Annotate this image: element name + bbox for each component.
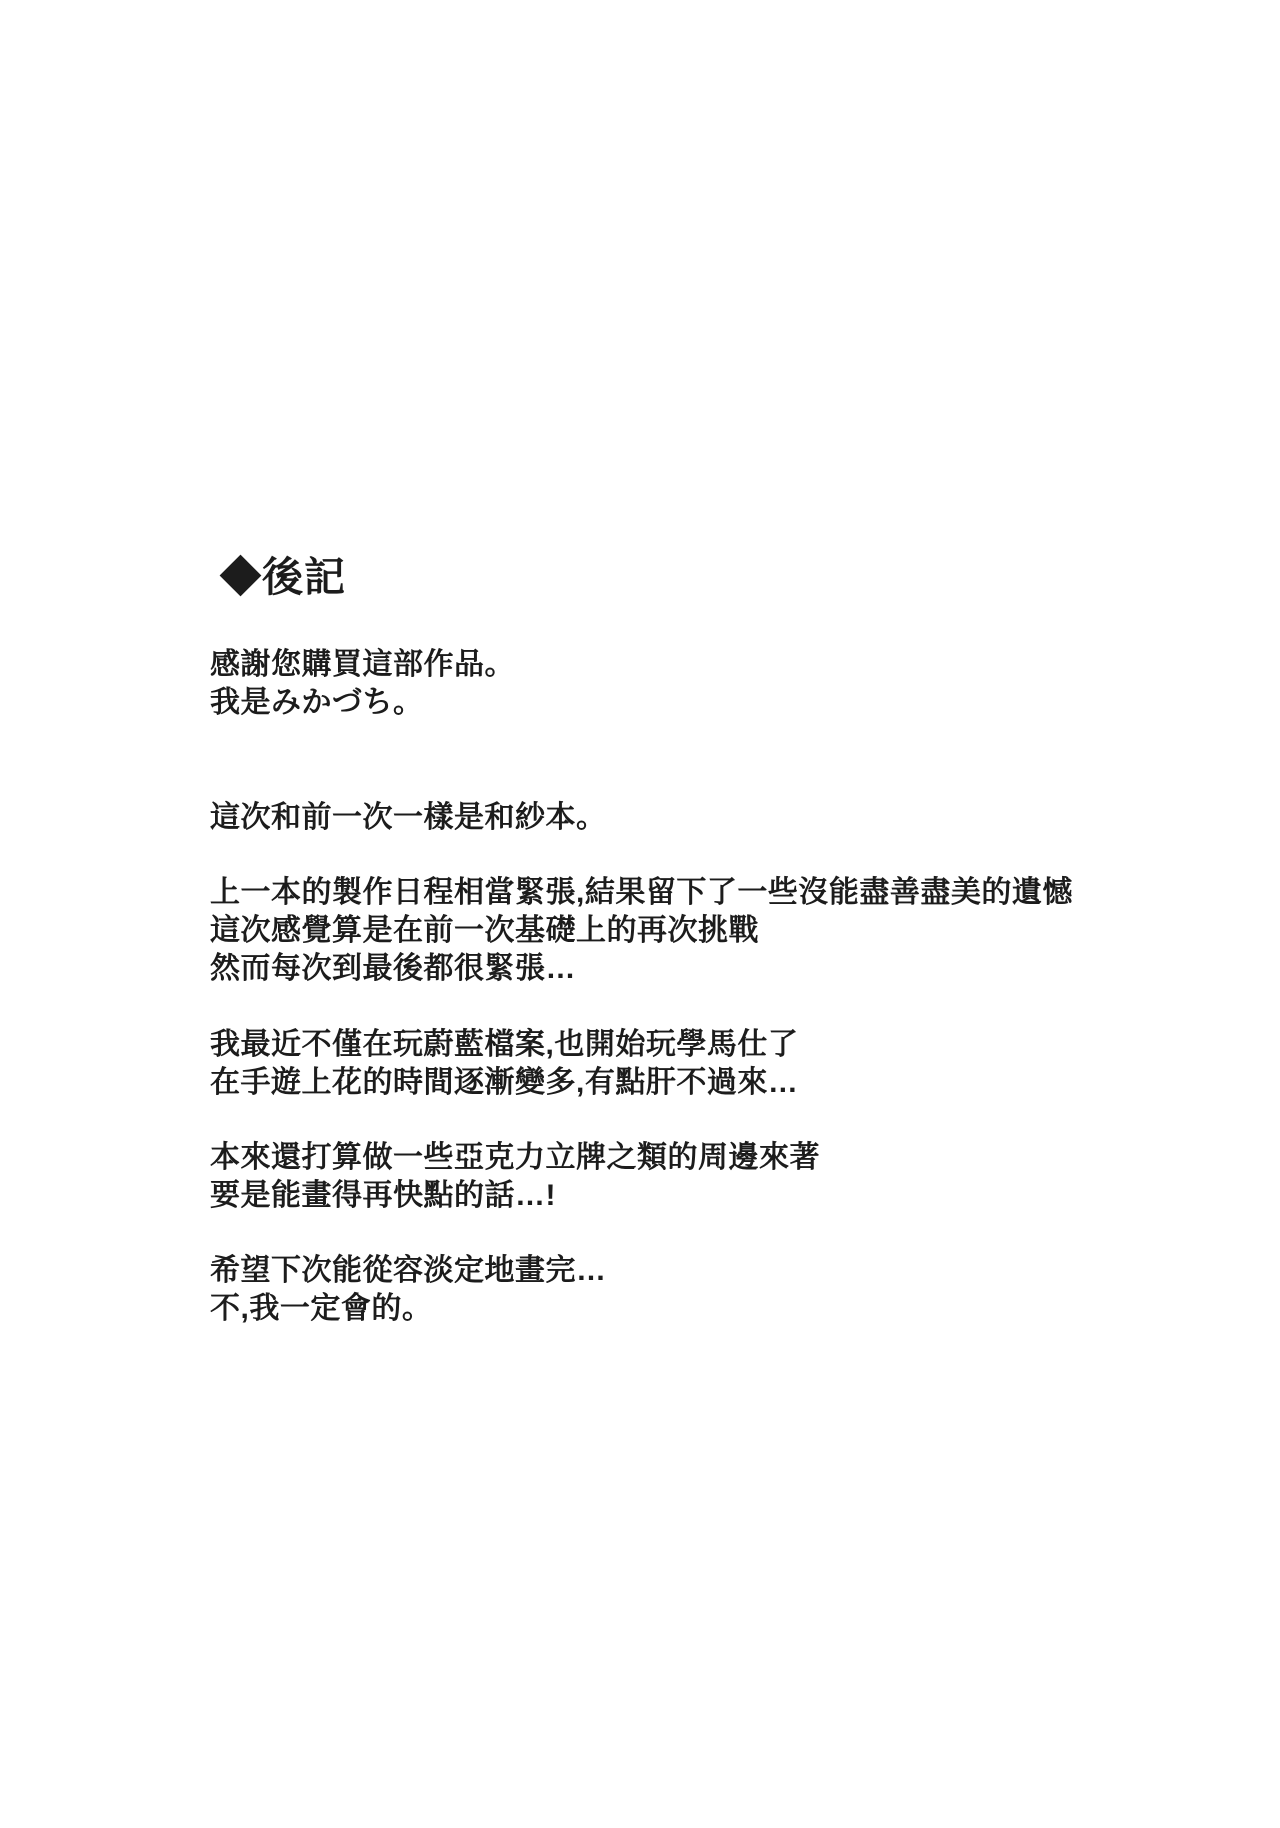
paragraph-book-type: 這次和前一次一樣是和紗本。 xyxy=(210,799,1170,837)
afterword-page: ◆後記 感謝您購買這部作品。 我是みかづち。 這次和前一次一樣是和紗本。 上一本… xyxy=(0,0,1280,1828)
paragraph-thanks: 感謝您購買這部作品。 我是みかづち。 xyxy=(210,646,1170,722)
paragraph-schedule: 上一本的製作日程相當緊張,結果留下了一些沒能盡善盡美的遺憾 這次感覺算是在前一次… xyxy=(210,874,1170,988)
paragraph-games: 我最近不僅在玩蔚藍檔案,也開始玩學馬仕了 在手遊上花的時間逐漸變多,有點肝不過來… xyxy=(210,1026,1170,1102)
paragraph-closing: 希望下次能從容淡定地畫完… 不,我一定會的。 xyxy=(210,1252,1170,1328)
paragraph-merch: 本來還打算做一些亞克力立牌之類的周邊來著 要是能畫得再快點的話…! xyxy=(210,1139,1170,1215)
afterword-heading: ◆後記 xyxy=(220,552,346,602)
